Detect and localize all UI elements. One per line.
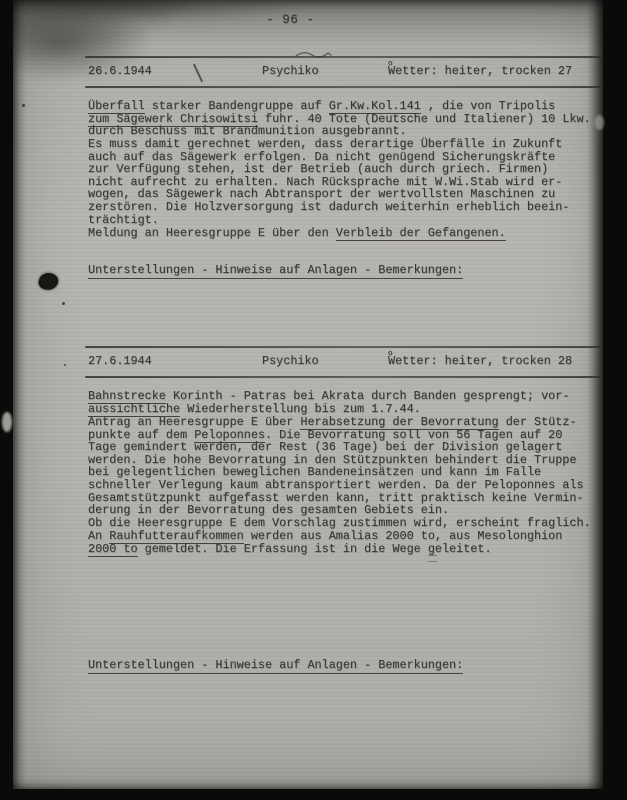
- text-line: Meldung an Heeresgruppe E über den Verbl…: [88, 227, 506, 240]
- text-line: zerstören. Die Holzversorgung ist dadurc…: [88, 201, 569, 214]
- text-line: aussichtliche Wiederherstellung bis zum …: [88, 403, 569, 416]
- paragraph: Es muss damit gerechnet werden, dass der…: [88, 138, 569, 226]
- text-line: trächtigt.: [88, 214, 569, 227]
- divider-line: [85, 56, 601, 58]
- entry-weather: Wetter: heiter, trocken 28o: [388, 354, 393, 368]
- divider-line: [85, 376, 601, 378]
- handwritten-squiggle: [294, 46, 334, 62]
- text-line: Ob die Heeresgruppe E dem Vorschlag zust…: [88, 517, 591, 530]
- page-number: - 96 -: [266, 13, 315, 27]
- paragraph: Bahnstrecke Korinth - Patras bei Akrata …: [88, 390, 569, 415]
- entry-place: Psychiko: [262, 64, 319, 78]
- paragraph: Meldung an Heeresgruppe E über den Verbl…: [88, 227, 506, 240]
- paragraph: An Rauhfutteraufkommen werden aus Amalia…: [88, 530, 562, 555]
- text-line: durch Beschuss mit Brandmunition ausgebr…: [88, 125, 591, 138]
- document-content: - 96 - 26.6.1944 Psychiko Wetter: heiter…: [0, 0, 627, 800]
- scanned-document-page: - 96 - 26.6.1944 Psychiko Wetter: heiter…: [0, 0, 627, 800]
- weather-text: Wetter: heiter, trocken 27: [388, 64, 572, 78]
- degree-symbol: o: [388, 60, 393, 68]
- paragraph: Überfall starker Bandengruppe auf Gr.Kw.…: [88, 100, 591, 138]
- entry-place: Psychiko: [262, 354, 319, 368]
- entry-date: 27.6.1944: [88, 354, 152, 368]
- degree-symbol: o: [388, 350, 393, 358]
- entry-header: 27.6.1944 Psychiko Wetter: heiter, trock…: [0, 354, 627, 370]
- entry-date: 26.6.1944: [88, 64, 152, 78]
- divider-line: [85, 86, 601, 88]
- entry-header: 26.6.1944 Psychiko Wetter: heiter, trock…: [0, 64, 627, 80]
- entry-weather: Wetter: heiter, trocken 27o: [388, 64, 393, 78]
- section-heading: Unterstellungen - Hinweise auf Anlagen -…: [88, 659, 463, 674]
- paragraph: Antrag an Heeresgruppe E über Herabsetzu…: [88, 416, 591, 529]
- divider-line: [85, 346, 601, 348]
- text-line: 2000 to gemeldet. Die Erfassung ist in d…: [88, 543, 562, 556]
- weather-text: Wetter: heiter, trocken 28: [388, 354, 572, 368]
- section-heading: Unterstellungen - Hinweise auf Anlagen -…: [88, 264, 463, 279]
